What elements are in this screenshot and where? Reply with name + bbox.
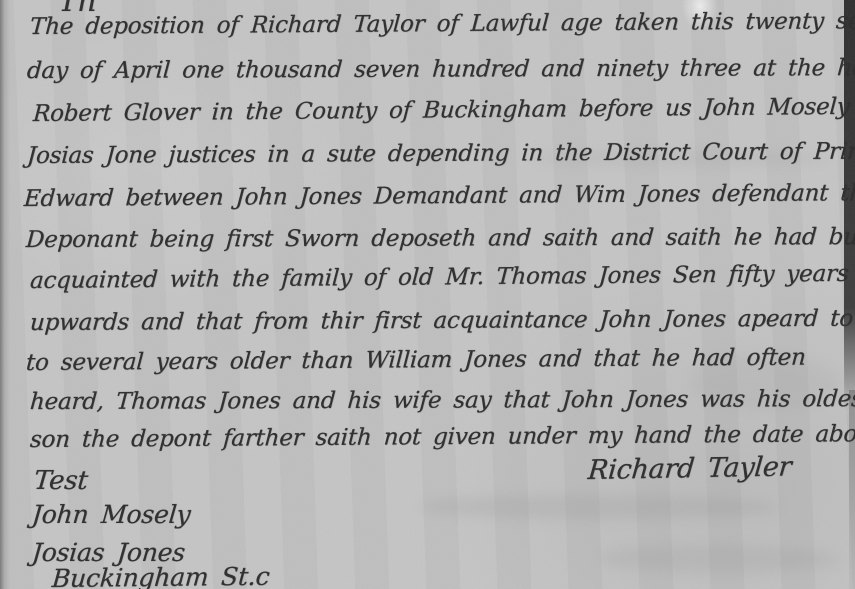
document-line: The deposition of Richard Taylor of Lawf…	[29, 8, 855, 40]
attestation-test-label: Test	[33, 466, 89, 496]
scan-edge-left	[0, 0, 10, 589]
county-notation: Buckingham St.c	[51, 562, 271, 589]
document-line: to several years older than William Jone…	[25, 345, 806, 376]
deponent-signature: Richard Tayler	[587, 451, 793, 486]
document-line: Robert Glover in the County of Buckingha…	[32, 93, 855, 127]
scan-edge-right-lower	[849, 390, 855, 589]
ink-bleedthrough-mark	[420, 495, 780, 519]
document-line: Edward between John Jones Demandant and …	[23, 180, 855, 212]
ink-bleedthrough-mark	[600, 545, 840, 573]
document-line: Deponant being first Sworn deposeth and …	[25, 224, 855, 253]
document-line: Josias Jone justices in a sute depending…	[26, 138, 855, 169]
document-line: acquainted with the family of old Mr. Th…	[29, 260, 855, 294]
document-line: day of April one thousand seven hundred …	[26, 55, 855, 84]
document-line: heard, Thomas Jones and his wife say tha…	[29, 386, 855, 415]
document-scan: Th The deposition of Richard Taylor of L…	[0, 0, 855, 589]
document-line: son the depont farther saith not given u…	[29, 421, 855, 453]
witness-signature: John Mosely	[31, 500, 192, 529]
document-line: upwards and that from thir first acquain…	[29, 306, 854, 336]
